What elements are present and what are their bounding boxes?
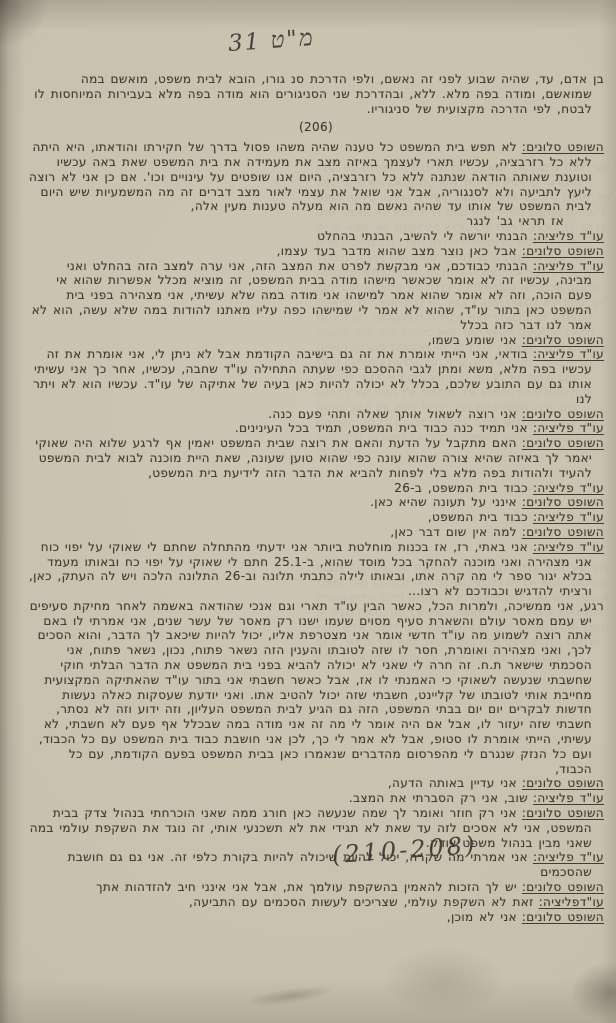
transcript-paragraph: השופט סלונים:אני לא מוכן, <box>28 910 604 925</box>
transcript-paragraph: עו"ד פליציה:אני תמיד כנה כבוד בית המשפט,… <box>28 421 604 436</box>
speaker-name: השופט סלונים: <box>522 244 604 258</box>
transcript-paragraph: השופט סלונים:אבל כאן נוצר מצב שהוא מדבר … <box>28 244 604 259</box>
speaker-name: עו"ד פליציה: <box>533 347 604 361</box>
speech-text: אני תמיד כנה כבוד בית המשפט, תמיד בכל הע… <box>235 421 528 435</box>
speech-text: הבנתי כבודכם, אני מבקשת לפרט את המצב הזה… <box>32 259 592 332</box>
transcript-paragraph: עו"ד פליציה:אני באתי, רז, אז בכנות מוחלט… <box>28 540 604 599</box>
transcript-paragraph: עו"ד פליציה:כבוד בית המשפט, <box>28 510 604 525</box>
transcript-paragraph: השופט סלונים:לא תפש בית המשפט כל טענה שה… <box>28 140 604 214</box>
speech-text: אבל כאן נוצר מצב שהוא מדבר בעד עצמו, <box>277 244 517 258</box>
speaker-name: עו"ד פליציה: <box>533 850 604 864</box>
transcript-paragraph: עו"ד פליציה:הבנתי כבודכם, אני מבקשת לפרט… <box>28 259 604 333</box>
transcript-paragraph: עו"ד פליציה:שוב, אני רק הסברתי את המצב. <box>28 791 604 806</box>
speaker-name: השופט סלונים: <box>522 407 604 421</box>
speaker-name: עו"ד פליציה: <box>533 540 604 554</box>
speech-text: אז תראי גב' לנגר <box>466 214 564 228</box>
speech-text: יש לך הזכות להאמין בהשקפת עולמך את, אבל … <box>96 880 517 894</box>
speaker-name: עו"ד פליציה: <box>533 259 604 273</box>
speaker-name: השופט סלונים: <box>522 776 604 790</box>
speech-text: כבוד בית המשפט, <box>428 510 528 524</box>
speaker-name: השופט סלונים: <box>522 525 604 539</box>
speech-text: האם מתקבל על הדעת והאם את רוצה שבית המשפ… <box>35 436 592 480</box>
speech-text: זאת לא השקפת עולמי, שצריכים לעשות הסכמים… <box>189 895 534 909</box>
speaker-name: השופט סלונים: <box>522 333 604 347</box>
handwritten-exhibit-mark: מ"ט 31 <box>227 25 315 57</box>
speaker-name: השופט סלונים: <box>522 495 604 509</box>
speaker-name: השופט סלונים: <box>522 880 604 894</box>
transcript-paragraph: השופט סלונים:למה אין שום דבר כאן, <box>28 525 604 540</box>
speaker-name: עו"ד פליציה: <box>533 791 604 805</box>
speaker-name: עו"דפליציה: <box>539 895 604 909</box>
scanned-page: מ"ט 31 רגע, אני ממשיכה, ולמרות הכל, כאשר… <box>0 0 616 1023</box>
transcript-paragraph: עו"ד פליציה:כבוד בית המשפט, ב-26 <box>28 481 604 496</box>
transcript-paragraph: עו"ד פליציה:אני אמרתי מה שקרה, יכול להיו… <box>28 850 604 880</box>
transcript-paragraph: השופט סלונים:אני רק חוזר ואומר לך שמה שנ… <box>28 806 604 850</box>
smudge-mark <box>229 975 351 1017</box>
speech-text: אני שומע בשמו, <box>428 333 517 347</box>
speech-text: בודאי, אני הייתי אומרת את זה גם בישיבה ה… <box>33 347 592 405</box>
speech-text: אני עדיין באותה הדעה, <box>388 776 517 790</box>
page-number: (206) <box>28 120 604 135</box>
speech-text: אני רוצה לשאול אותך שאלה ותהי פעם כנה. <box>268 407 517 421</box>
speech-text: אני באתי, רז, אז בכנות מוחלטת ביותר אני … <box>29 540 592 598</box>
speaker-name: עו"ד פליציה: <box>533 481 604 495</box>
speaker-name: עו"ד פליציה: <box>533 510 604 524</box>
speaker-name: השופט סלונים: <box>522 910 604 924</box>
transcript-paragraph: עו"ד פליציה:בודאי, אני הייתי אומרת את זה… <box>28 347 604 406</box>
transcript-intro: בן אדם, עד, שהיה שבוע לפני זה נאשם, ולפי… <box>28 72 604 116</box>
speech-text: אינני על תעונה שהיא כאן. <box>370 495 517 509</box>
transcript-text: בן אדם, עד, שהיה שבוע לפני זה נאשם, ולפי… <box>28 72 604 924</box>
speech-text: אני רק חוזר ואומר לך שמה שנעשה כאן חורג … <box>30 806 592 850</box>
speech-text: רגע, אני ממשיכה, ולמרות הכל, כאשר הבין ע… <box>30 599 604 776</box>
transcript-paragraph: השופט סלונים:האם מתקבל על הדעת והאם את ר… <box>28 436 604 480</box>
speech-text: כבוד בית המשפט, ב-26 <box>394 481 528 495</box>
speech-text: הבנתי יורשה לי להשיב, הבנתי בהחלט <box>317 229 528 243</box>
speaker-name: עו"ד פליציה: <box>533 421 604 435</box>
transcript-paragraph: השופט סלונים:אני רוצה לשאול אותך שאלה ות… <box>28 407 604 422</box>
transcript-paragraph: השופט סלונים:אני עדיין באותה הדעה, <box>28 776 604 791</box>
transcript-paragraphs: השופט סלונים:לא תפש בית המשפט כל טענה שה… <box>28 140 604 924</box>
speech-text: לא תפש בית המשפט כל טענה שהיה משהו פסול … <box>29 140 592 213</box>
speaker-name: השופט סלונים: <box>522 806 604 820</box>
speech-text: למה אין שום דבר כאן, <box>390 525 517 539</box>
speech-text: אני אמרתי מה שקרה, יכול להיות שיכולה להי… <box>68 850 592 879</box>
transcript-paragraph: השופט סלונים:אינני על תעונה שהיא כאן. <box>28 495 604 510</box>
transcript-paragraph: השופט סלונים:יש לך הזכות להאמין בהשקפת ע… <box>28 880 604 895</box>
transcript-paragraph: השופט סלונים:אני שומע בשמו, <box>28 333 604 348</box>
speech-text: שוב, אני רק הסברתי את המצב. <box>349 791 528 805</box>
speaker-name: השופט סלונים: <box>522 436 604 450</box>
transcript-paragraph: אז תראי גב' לנגר <box>28 214 604 229</box>
speech-text: אני לא מוכן, <box>447 910 517 924</box>
transcript-paragraph: רגע, אני ממשיכה, ולמרות הכל, כאשר הבין ע… <box>28 599 604 777</box>
speaker-name: עו"ד פליציה: <box>533 229 604 243</box>
transcript-paragraph: עו"דפליציה:זאת לא השקפת עולמי, שצריכים ל… <box>28 895 604 910</box>
speaker-name: השופט סלונים: <box>522 140 604 154</box>
transcript-paragraph: עו"ד פליציה:הבנתי יורשה לי להשיב, הבנתי … <box>28 229 604 244</box>
